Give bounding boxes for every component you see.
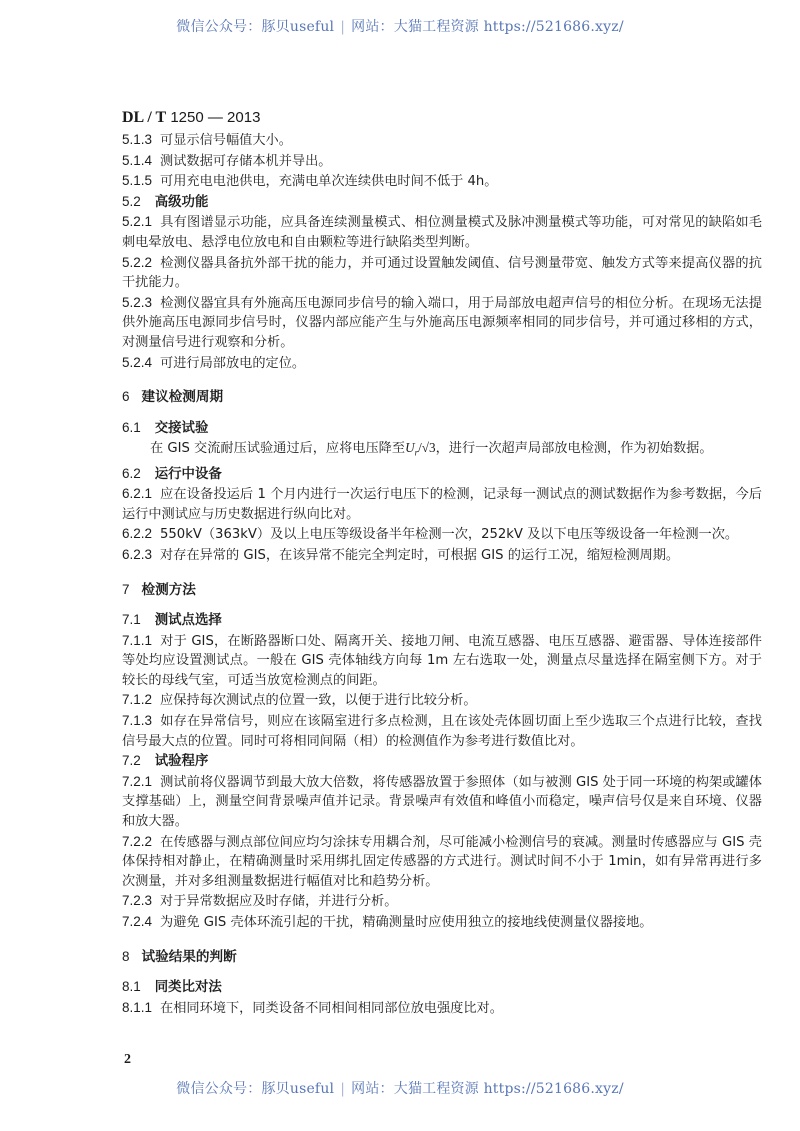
- clause-5-2-3: 5.2.3检测仪器宜具有外施高压电源同步信号的输入端口，用于局部放电超声信号的相…: [122, 293, 762, 353]
- clause-text: 可用充电电池供电，充满电单次连续供电时间不低于 4h。: [160, 174, 497, 189]
- document-body: 5.1.3可显示信号幅值大小。 5.1.4测试数据可存储本机并导出。 5.1.5…: [122, 130, 762, 1018]
- heading-8-1: 8.1同类比对法: [122, 977, 762, 998]
- clause-text: 可显示信号幅值大小。: [160, 133, 292, 148]
- clause-6-1-body: 在 GIS 交流耐压试验通过后，应将电压降至Ur/√3，进行一次超声局部放电检测…: [122, 438, 762, 463]
- clause-text: 对于 GIS，在断路器断口处、隔离开关、接地刀闸、电流互感器、电压互感器、避雷器…: [122, 634, 762, 688]
- clause-text: 测试数据可存储本机并导出。: [160, 154, 331, 169]
- heading-number: 7: [122, 580, 130, 600]
- clause-text: 检测仪器具备抗外部干扰的能力，并可通过设置触发阈值、信号测量带宽、触发方式等来提…: [122, 256, 762, 291]
- heading-title: 测试点选择: [155, 613, 222, 628]
- heading-number: 7.1: [122, 610, 141, 630]
- clause-7-2-4: 7.2.4为避免 GIS 壳体环流引起的干扰，精确测量时应使用独立的接地线使测量…: [122, 912, 762, 933]
- clause-number: 5.2.3: [122, 293, 152, 313]
- watermark-site: 网站：大猫工程资源 https://521686.xyz/: [351, 1081, 624, 1097]
- watermark-wechat: 微信公众号：豚贝useful: [176, 1081, 334, 1097]
- clause-number: 8.1.1: [122, 998, 152, 1018]
- heading-title: 试验程序: [155, 754, 209, 769]
- heading-number: 5.2: [122, 192, 141, 212]
- formula-u: U: [405, 440, 415, 455]
- clause-5-2-1: 5.2.1具有图谱显示功能，应具备连续测量模式、相位测量模式及脉冲测量模式等功能…: [122, 212, 762, 252]
- clause-text: 测试前将仪器调节到最大放大倍数，将传感器放置于参照体（如与被测 GIS 处于同一…: [122, 775, 762, 829]
- watermark-site: 网站：大猫工程资源 https://521686.xyz/: [351, 19, 624, 35]
- heading-number: 6.2: [122, 464, 141, 484]
- standard-code-number: 1250 — 2013: [166, 109, 260, 126]
- clause-number: 5.1.3: [122, 130, 152, 150]
- watermark-top: 微信公众号：豚贝useful|网站：大猫工程资源 https://521686.…: [0, 16, 800, 36]
- heading-7: 7检测方法: [122, 580, 762, 601]
- clause-number: 6.2.1: [122, 484, 152, 504]
- clause-7-2-2: 7.2.2在传感器与测点部位间应均匀涂抹专用耦合剂，尽可能减小检测信号的衰减。测…: [122, 832, 762, 892]
- page-number: 2: [124, 1052, 131, 1068]
- clause-number: 5.1.5: [122, 171, 152, 191]
- heading-number: 8.1: [122, 977, 141, 997]
- clause-text: 应保持每次测试点的位置一致，以便于进行比较分析。: [160, 693, 477, 708]
- clause-text: 在 GIS 交流耐压试验通过后，应将电压降至: [150, 441, 405, 456]
- clause-number: 5.2.1: [122, 212, 152, 232]
- clause-text: 对存在异常的 GIS，在该异常不能完全判定时，可根据 GIS 的运行工况，缩短检…: [160, 548, 679, 563]
- heading-6-1: 6.1交接试验: [122, 418, 762, 439]
- clause-text: 如存在异常信号，则应在该隔室进行多点检测，且在该处壳体圆切面上至少选取三个点进行…: [122, 714, 762, 749]
- watermark-bottom: 微信公众号：豚贝useful|网站：大猫工程资源 https://521686.…: [0, 1078, 800, 1098]
- clause-number: 6.2.3: [122, 545, 152, 565]
- clause-6-2-3: 6.2.3对存在异常的 GIS，在该异常不能完全判定时，可根据 GIS 的运行工…: [122, 545, 762, 566]
- clause-5-1-3: 5.1.3可显示信号幅值大小。: [122, 130, 762, 151]
- clause-number: 5.1.4: [122, 151, 152, 171]
- formula-sqrt: /√3: [418, 440, 436, 455]
- clause-text: 550kV（363kV）及以上电压等级设备半年检测一次，252kV 及以下电压等…: [160, 527, 738, 542]
- heading-5-2: 5.2高级功能: [122, 192, 762, 213]
- clause-7-1-3: 7.1.3如存在异常信号，则应在该隔室进行多点检测，且在该处壳体圆切面上至少选取…: [122, 711, 762, 751]
- clause-7-2-1: 7.2.1测试前将仪器调节到最大放大倍数，将传感器放置于参照体（如与被测 GIS…: [122, 772, 762, 832]
- clause-6-2-1: 6.2.1应在设备投运后 1 个月内进行一次运行电压下的检测，记录每一测试点的测…: [122, 484, 762, 524]
- clause-7-1-2: 7.1.2应保持每次测试点的位置一致，以便于进行比较分析。: [122, 690, 762, 711]
- heading-title: 交接试验: [155, 421, 209, 436]
- heading-number: 8: [122, 947, 130, 967]
- standard-code: DL / T 1250 — 2013: [122, 109, 260, 127]
- clause-5-1-5: 5.1.5可用充电电池供电，充满电单次连续供电时间不低于 4h。: [122, 171, 762, 192]
- clause-6-2-2: 6.2.2550kV（363kV）及以上电压等级设备半年检测一次，252kV 及…: [122, 524, 762, 545]
- clause-number: 7.1.1: [122, 631, 152, 651]
- heading-8: 8试验结果的判断: [122, 947, 762, 968]
- watermark-wechat: 微信公众号：豚贝useful: [176, 19, 334, 35]
- watermark-separator: |: [340, 19, 345, 35]
- clause-number: 7.2.1: [122, 772, 152, 792]
- clause-number: 5.2.4: [122, 353, 152, 373]
- clause-number: 7.1.3: [122, 711, 152, 731]
- clause-text: 检测仪器宜具有外施高压电源同步信号的输入端口，用于局部放电超声信号的相位分析。在…: [122, 296, 762, 350]
- heading-title: 运行中设备: [155, 467, 222, 482]
- clause-text: 应在设备投运后 1 个月内进行一次运行电压下的检测，记录每一测试点的测试数据作为…: [122, 487, 762, 522]
- clause-text: 在传感器与测点部位间应均匀涂抹专用耦合剂，尽可能减小检测信号的衰减。测量时传感器…: [122, 835, 762, 889]
- clause-text: 在相同环境下，同类设备不同相间相同部位放电强度比对。: [160, 1001, 503, 1016]
- clause-text: 为避免 GIS 壳体环流引起的干扰，精确测量时应使用独立的接地线使测量仪器接地。: [160, 915, 652, 930]
- heading-title: 高级功能: [155, 195, 209, 210]
- standard-code-prefix: DL / T: [122, 109, 166, 126]
- clause-text: 对于异常数据应及时存储，并进行分析。: [160, 894, 397, 909]
- clause-5-1-4: 5.1.4测试数据可存储本机并导出。: [122, 151, 762, 172]
- clause-7-1-1: 7.1.1对于 GIS，在断路器断口处、隔离开关、接地刀闸、电流互感器、电压互感…: [122, 631, 762, 691]
- voltage-formula: Ur/√3: [405, 440, 436, 455]
- heading-number: 6: [122, 387, 130, 407]
- clause-text: 具有图谱显示功能，应具备连续测量模式、相位测量模式及脉冲测量模式等功能，可对常见…: [122, 215, 762, 250]
- heading-title: 同类比对法: [155, 980, 222, 995]
- clause-number: 5.2.2: [122, 253, 152, 273]
- heading-number: 6.1: [122, 418, 141, 438]
- heading-title: 建议检测周期: [142, 389, 224, 405]
- heading-number: 7.2: [122, 751, 141, 771]
- heading-6: 6建议检测周期: [122, 387, 762, 408]
- clause-number: 7.1.2: [122, 690, 152, 710]
- clause-number: 7.2.4: [122, 912, 152, 932]
- clause-5-2-4: 5.2.4可进行局部放电的定位。: [122, 353, 762, 374]
- heading-6-2: 6.2运行中设备: [122, 464, 762, 485]
- watermark-separator: |: [340, 1081, 345, 1097]
- clause-text: 可进行局部放电的定位。: [160, 356, 305, 371]
- heading-7-1: 7.1测试点选择: [122, 610, 762, 631]
- clause-number: 7.2.3: [122, 891, 152, 911]
- heading-title: 检测方法: [142, 582, 196, 598]
- clause-5-2-2: 5.2.2检测仪器具备抗外部干扰的能力，并可通过设置触发阈值、信号测量带宽、触发…: [122, 253, 762, 293]
- heading-title: 试验结果的判断: [142, 949, 237, 965]
- heading-7-2: 7.2试验程序: [122, 751, 762, 772]
- clause-text: ，进行一次超声局部放电检测，作为初始数据。: [436, 441, 713, 456]
- clause-8-1-1: 8.1.1在相同环境下，同类设备不同相间相同部位放电强度比对。: [122, 998, 762, 1019]
- clause-7-2-3: 7.2.3对于异常数据应及时存储，并进行分析。: [122, 891, 762, 912]
- clause-number: 7.2.2: [122, 832, 152, 852]
- clause-number: 6.2.2: [122, 524, 152, 544]
